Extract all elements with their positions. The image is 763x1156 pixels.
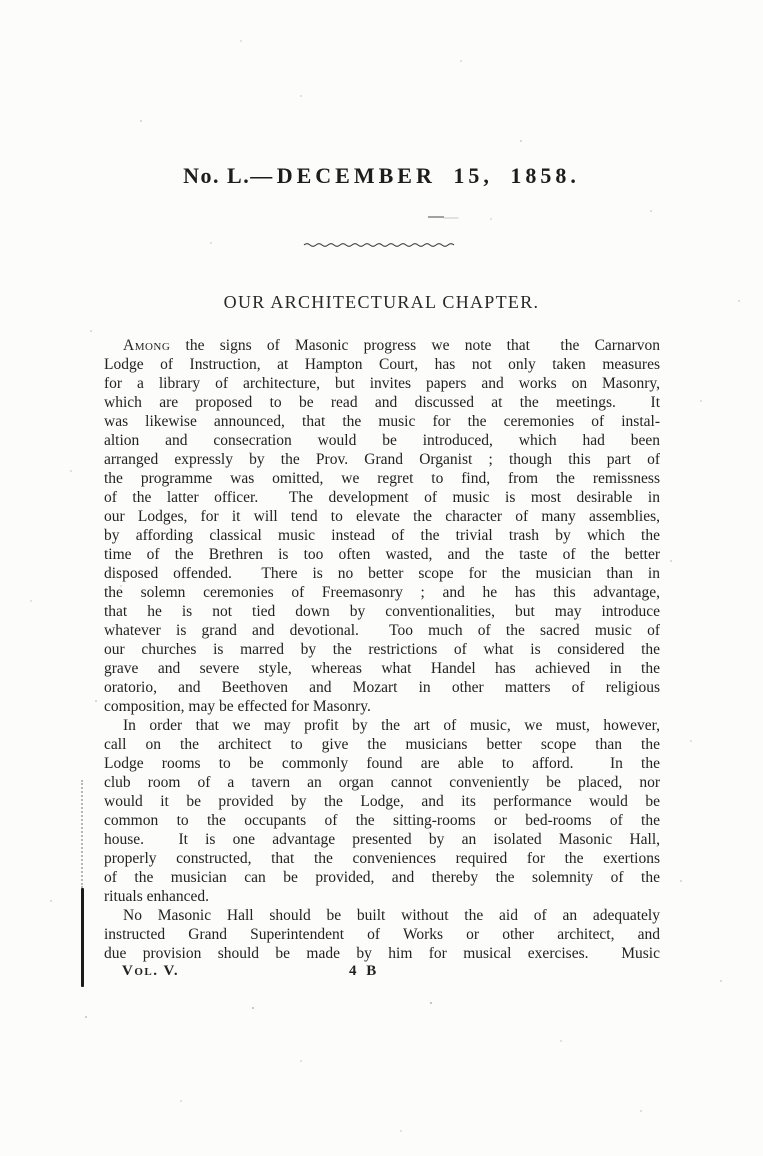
text-line: Lodge rooms to be commonly found are abl…	[104, 754, 660, 773]
text-line: by affording classical music instead of …	[104, 526, 660, 545]
text-line: composition, may be effected for Masonry…	[104, 697, 660, 716]
text-line: grave and severe style, whereas what Han…	[104, 659, 660, 678]
text-line: time of the Brethren is too often wasted…	[104, 545, 660, 564]
text-line: rituals enhanced.	[104, 887, 660, 906]
text-line: whatever is grand and devotional. Too mu…	[104, 621, 660, 640]
text-line: Among the signs of Masonic progress we n…	[104, 336, 660, 355]
text-line: call on the architect to give the musici…	[104, 735, 660, 754]
text-line: would it be provided by the Lodge, and i…	[104, 792, 660, 811]
text-line: properly constructed, that the convenien…	[104, 849, 660, 868]
text-line: instructed Grand Superintendent of Works…	[104, 925, 660, 944]
text-line: of the musician can be provided, and the…	[104, 868, 660, 887]
page-footer: Vol. V. 4 B	[104, 963, 660, 982]
text-line: our Lodges, for it will tend to elevate …	[104, 507, 660, 526]
text-line: arranged expressly by the Prov. Grand Or…	[104, 450, 660, 469]
article-body: Among the signs of Masonic progress we n…	[104, 336, 660, 963]
text-line: club room of a tavern an organ cannot co…	[104, 773, 660, 792]
text-line: oratorio, and Beethoven and Mozart in ot…	[104, 678, 660, 697]
text-line: disposed offended. There is no better sc…	[104, 564, 660, 583]
text-line: the programme was omitted, we regret to …	[104, 469, 660, 488]
scan-dash-artifact	[428, 216, 444, 218]
text-line: for a library of architecture, but invit…	[104, 374, 660, 393]
scan-margin-line-solid	[81, 888, 84, 987]
wavy-divider-icon	[303, 241, 461, 249]
text-line: In order that we may profit by the art o…	[104, 716, 660, 735]
issue-date: DECEMBER 15, 1858.	[274, 163, 580, 188]
volume-label: Vol. V.	[122, 963, 179, 980]
issue-header: No. L.—DECEMBER 15, 1858.	[0, 163, 763, 189]
text-line: was likewise announced, that the music f…	[104, 412, 660, 431]
text-line: of the latter officer. The development o…	[104, 488, 660, 507]
article-title: OUR ARCHITECTURAL CHAPTER.	[0, 292, 763, 313]
issue-number: No. L.—	[183, 163, 274, 188]
text-line: house. It is one advantage presented by …	[104, 830, 660, 849]
text-line: No Masonic Hall should be built without …	[104, 906, 660, 925]
scan-margin-line-dotted	[81, 780, 83, 888]
text-line: that he is not tied down by conventional…	[104, 602, 660, 621]
signature-mark: 4 B	[349, 963, 379, 980]
text-line: altion and consecration would be introdu…	[104, 431, 660, 450]
scan-noise	[0, 0, 2, 2]
text-line: Lodge of Instruction, at Hampton Court, …	[104, 355, 660, 374]
scanned-page: No. L.—DECEMBER 15, 1858. OUR ARCHITECTU…	[0, 0, 763, 1156]
text-line: common to the occupants of the sitting-r…	[104, 811, 660, 830]
text-line: due provision should be made by him for …	[104, 944, 660, 963]
text-line: our churches is marred by the restrictio…	[104, 640, 660, 659]
text-line: the solemn ceremonies of Freemasonry ; a…	[104, 583, 660, 602]
paragraph-lead-word: Among	[123, 337, 170, 354]
text-line: which are proposed to be read and discus…	[104, 393, 660, 412]
